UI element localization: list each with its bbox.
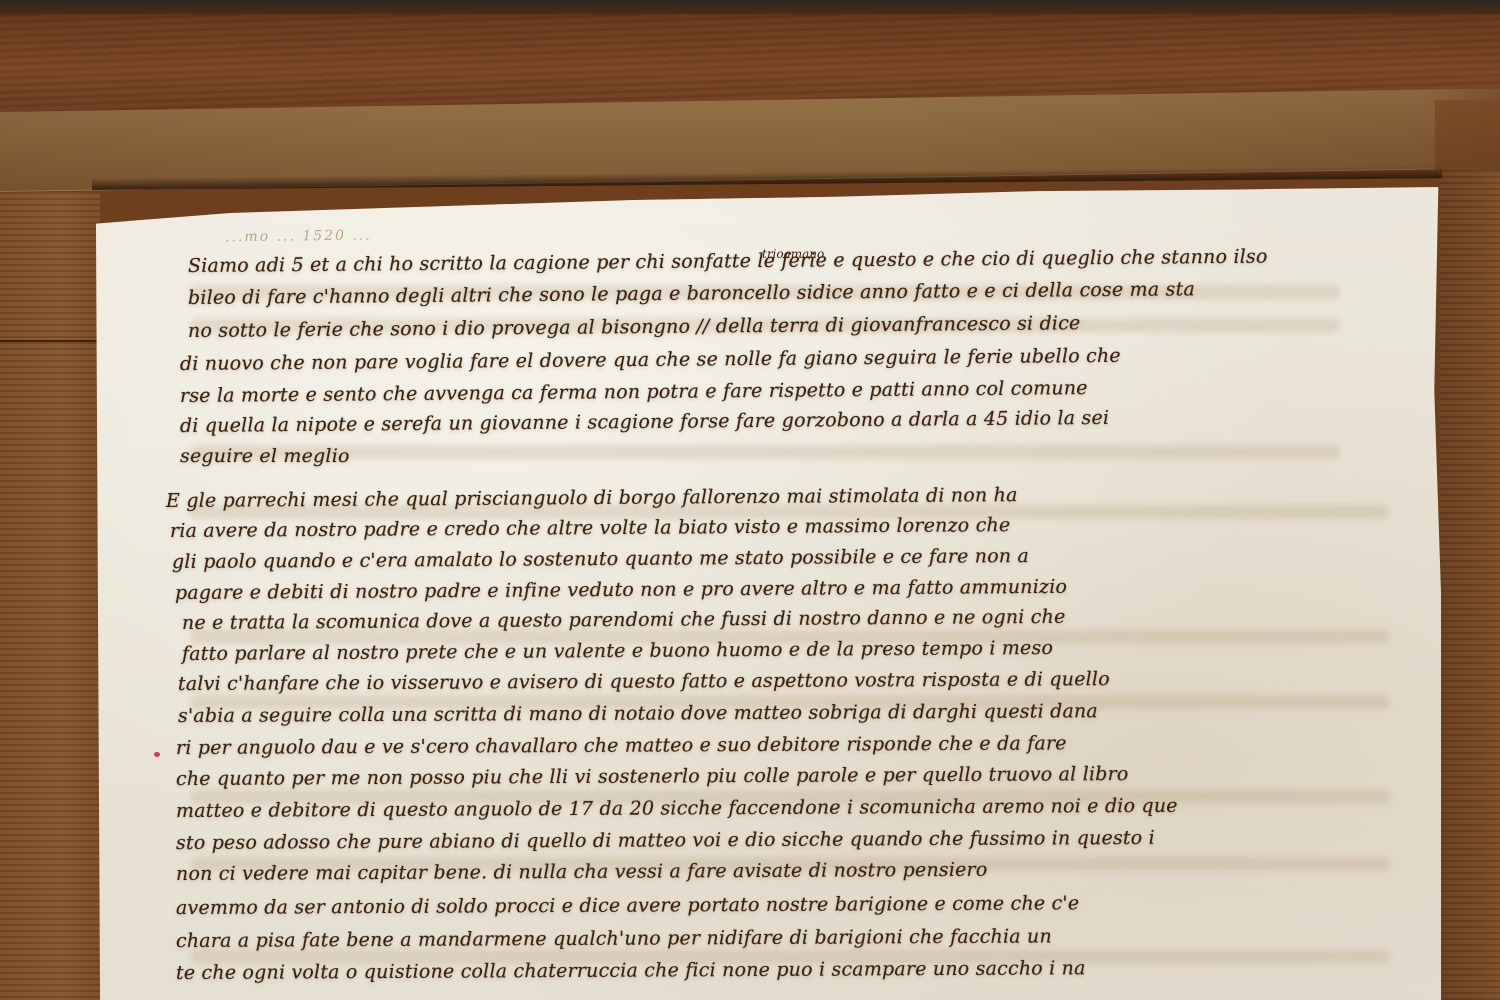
wood-seam: [0, 340, 98, 342]
manuscript-line: seguire el meglio: [180, 445, 350, 467]
manuscript-line: non ci vedere mai capitar bene. di nulla…: [176, 859, 988, 885]
red-ink-spot: [154, 752, 160, 757]
wooden-surface-right: [1440, 170, 1500, 1000]
ink-bleed: [190, 445, 1340, 459]
manuscript-line: chara a pisa fate bene a mandarmene qual…: [176, 925, 1052, 952]
wooden-surface-left: [0, 192, 100, 1000]
manuscript-line: ri per anguolo dau e ve s'cero chavallar…: [176, 732, 1067, 759]
